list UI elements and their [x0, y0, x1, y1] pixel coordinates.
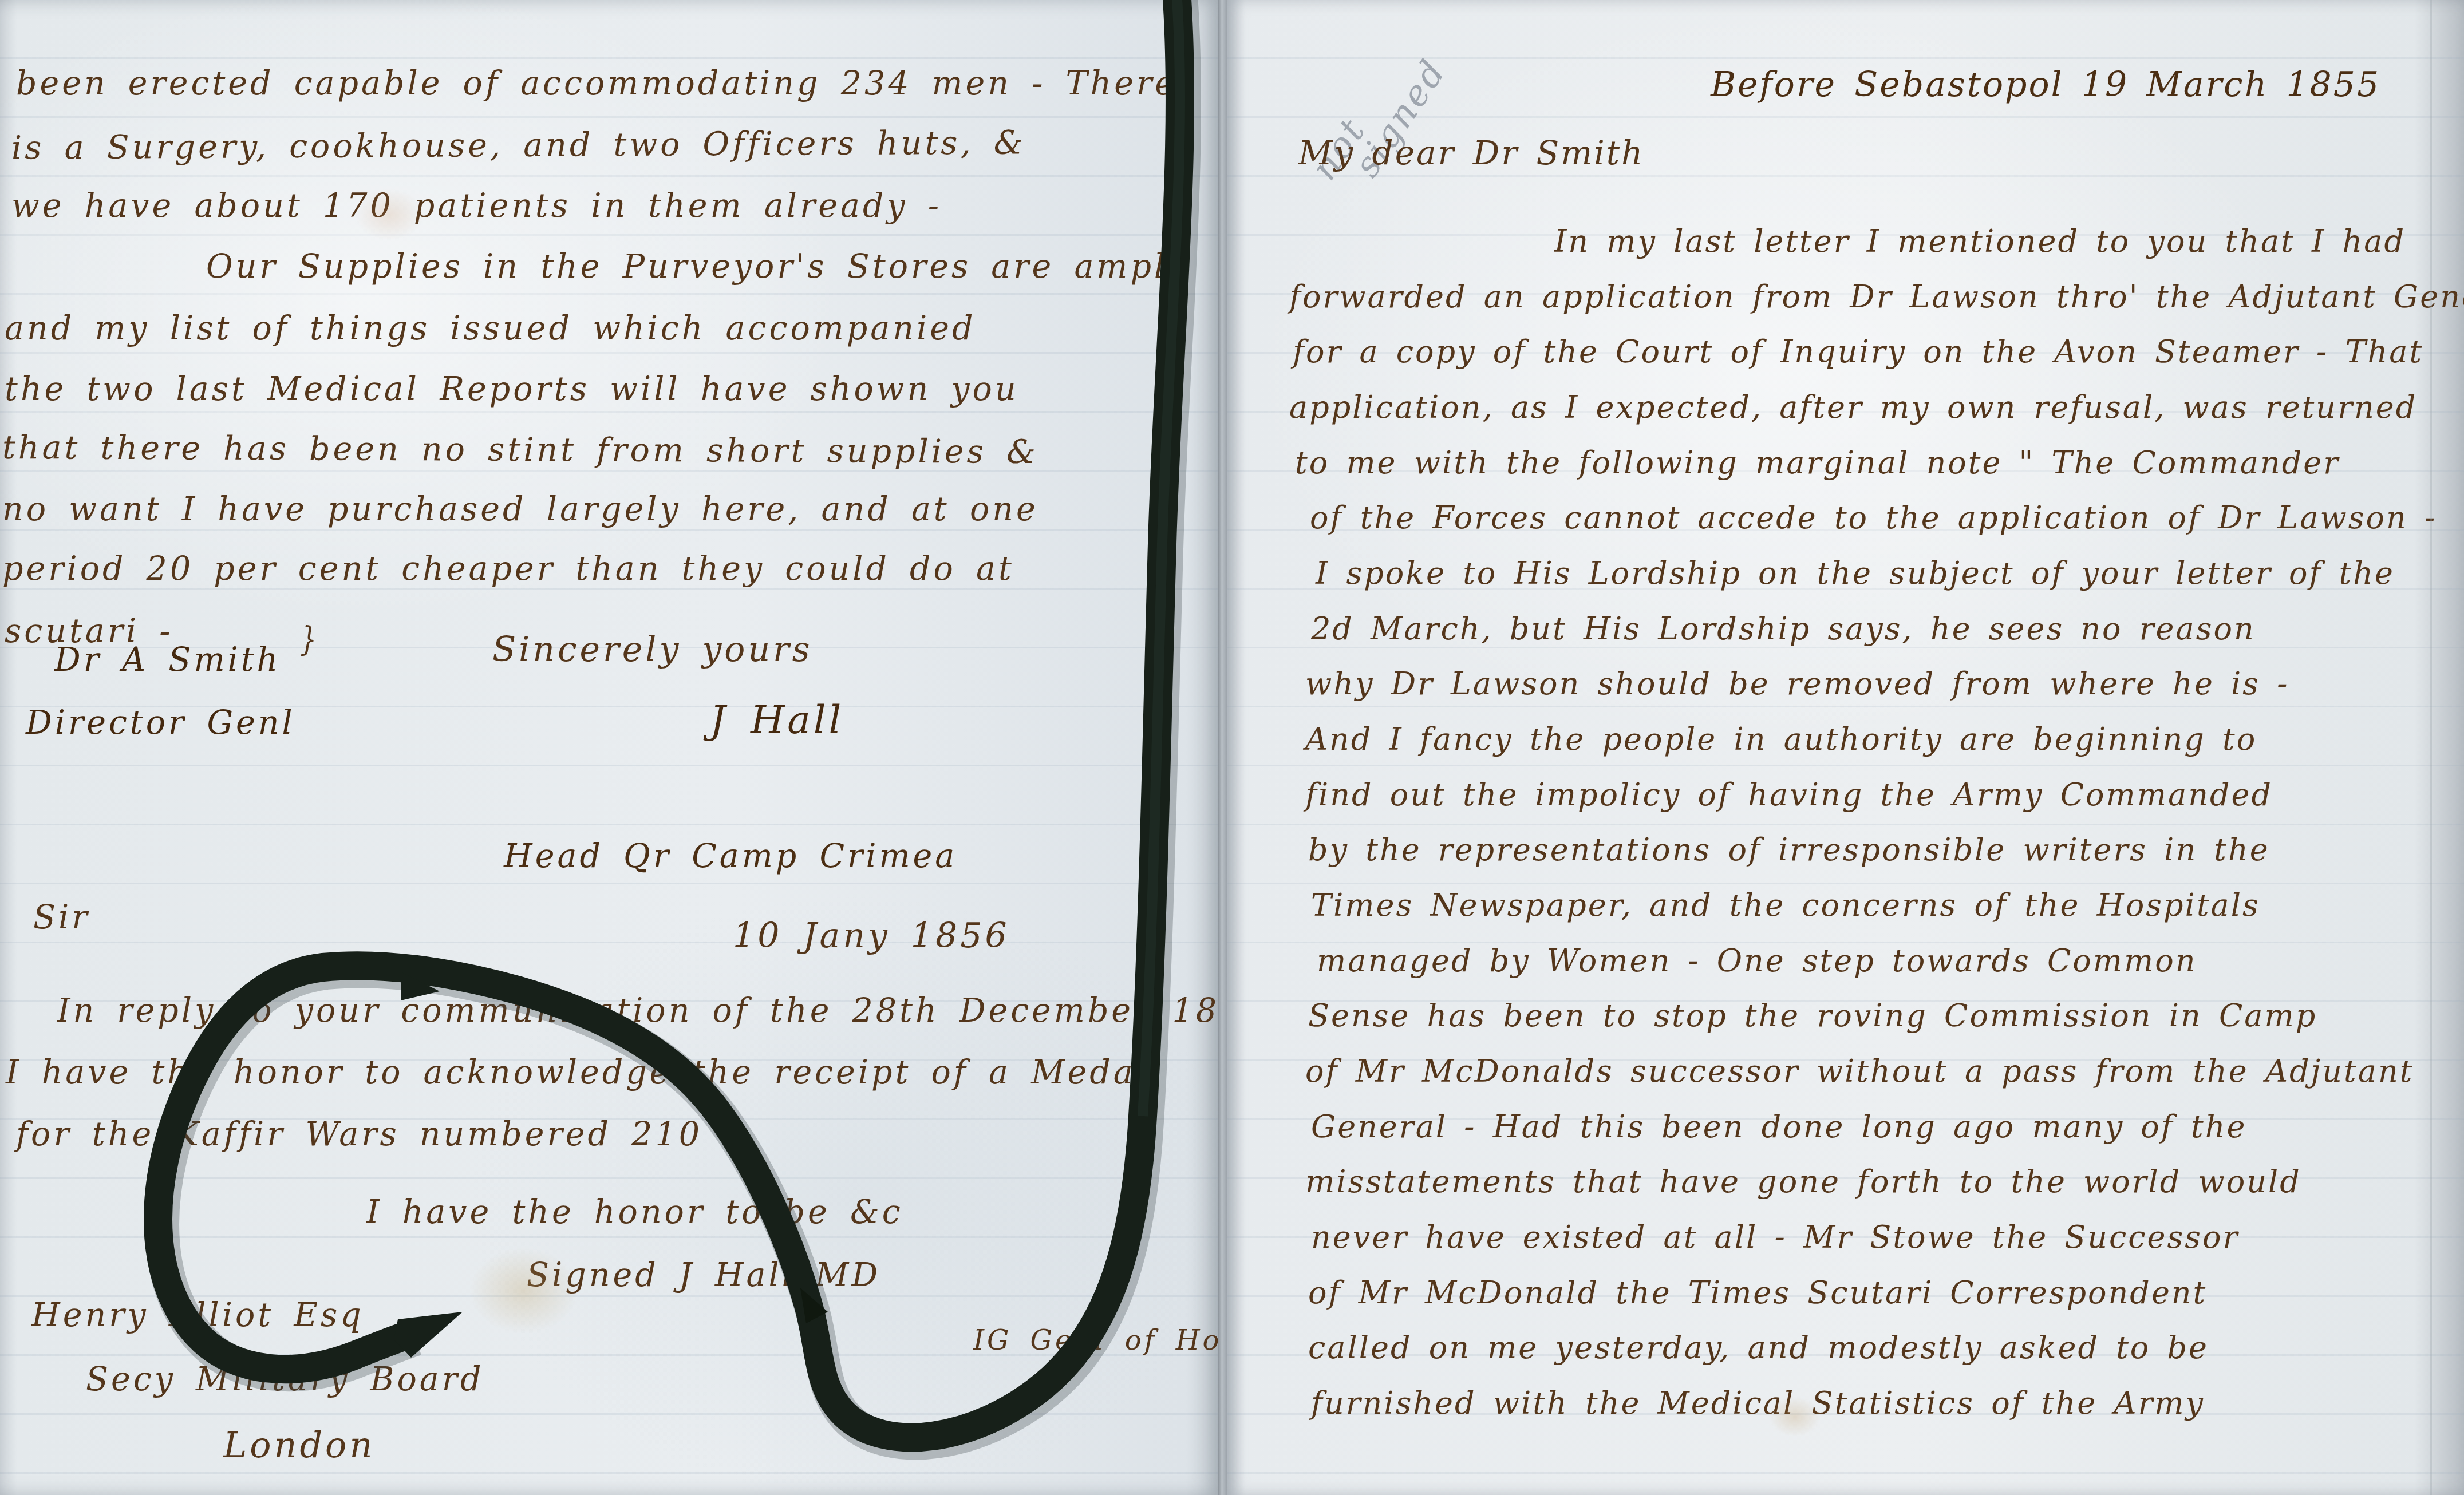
bookmark-ribbon — [0, 0, 2464, 1495]
ribbon-band — [158, 0, 1180, 1437]
manuscript-scan: been erected capable of accommodating 23… — [0, 0, 2464, 1495]
ribbon-shadow — [162, 0, 1184, 1442]
